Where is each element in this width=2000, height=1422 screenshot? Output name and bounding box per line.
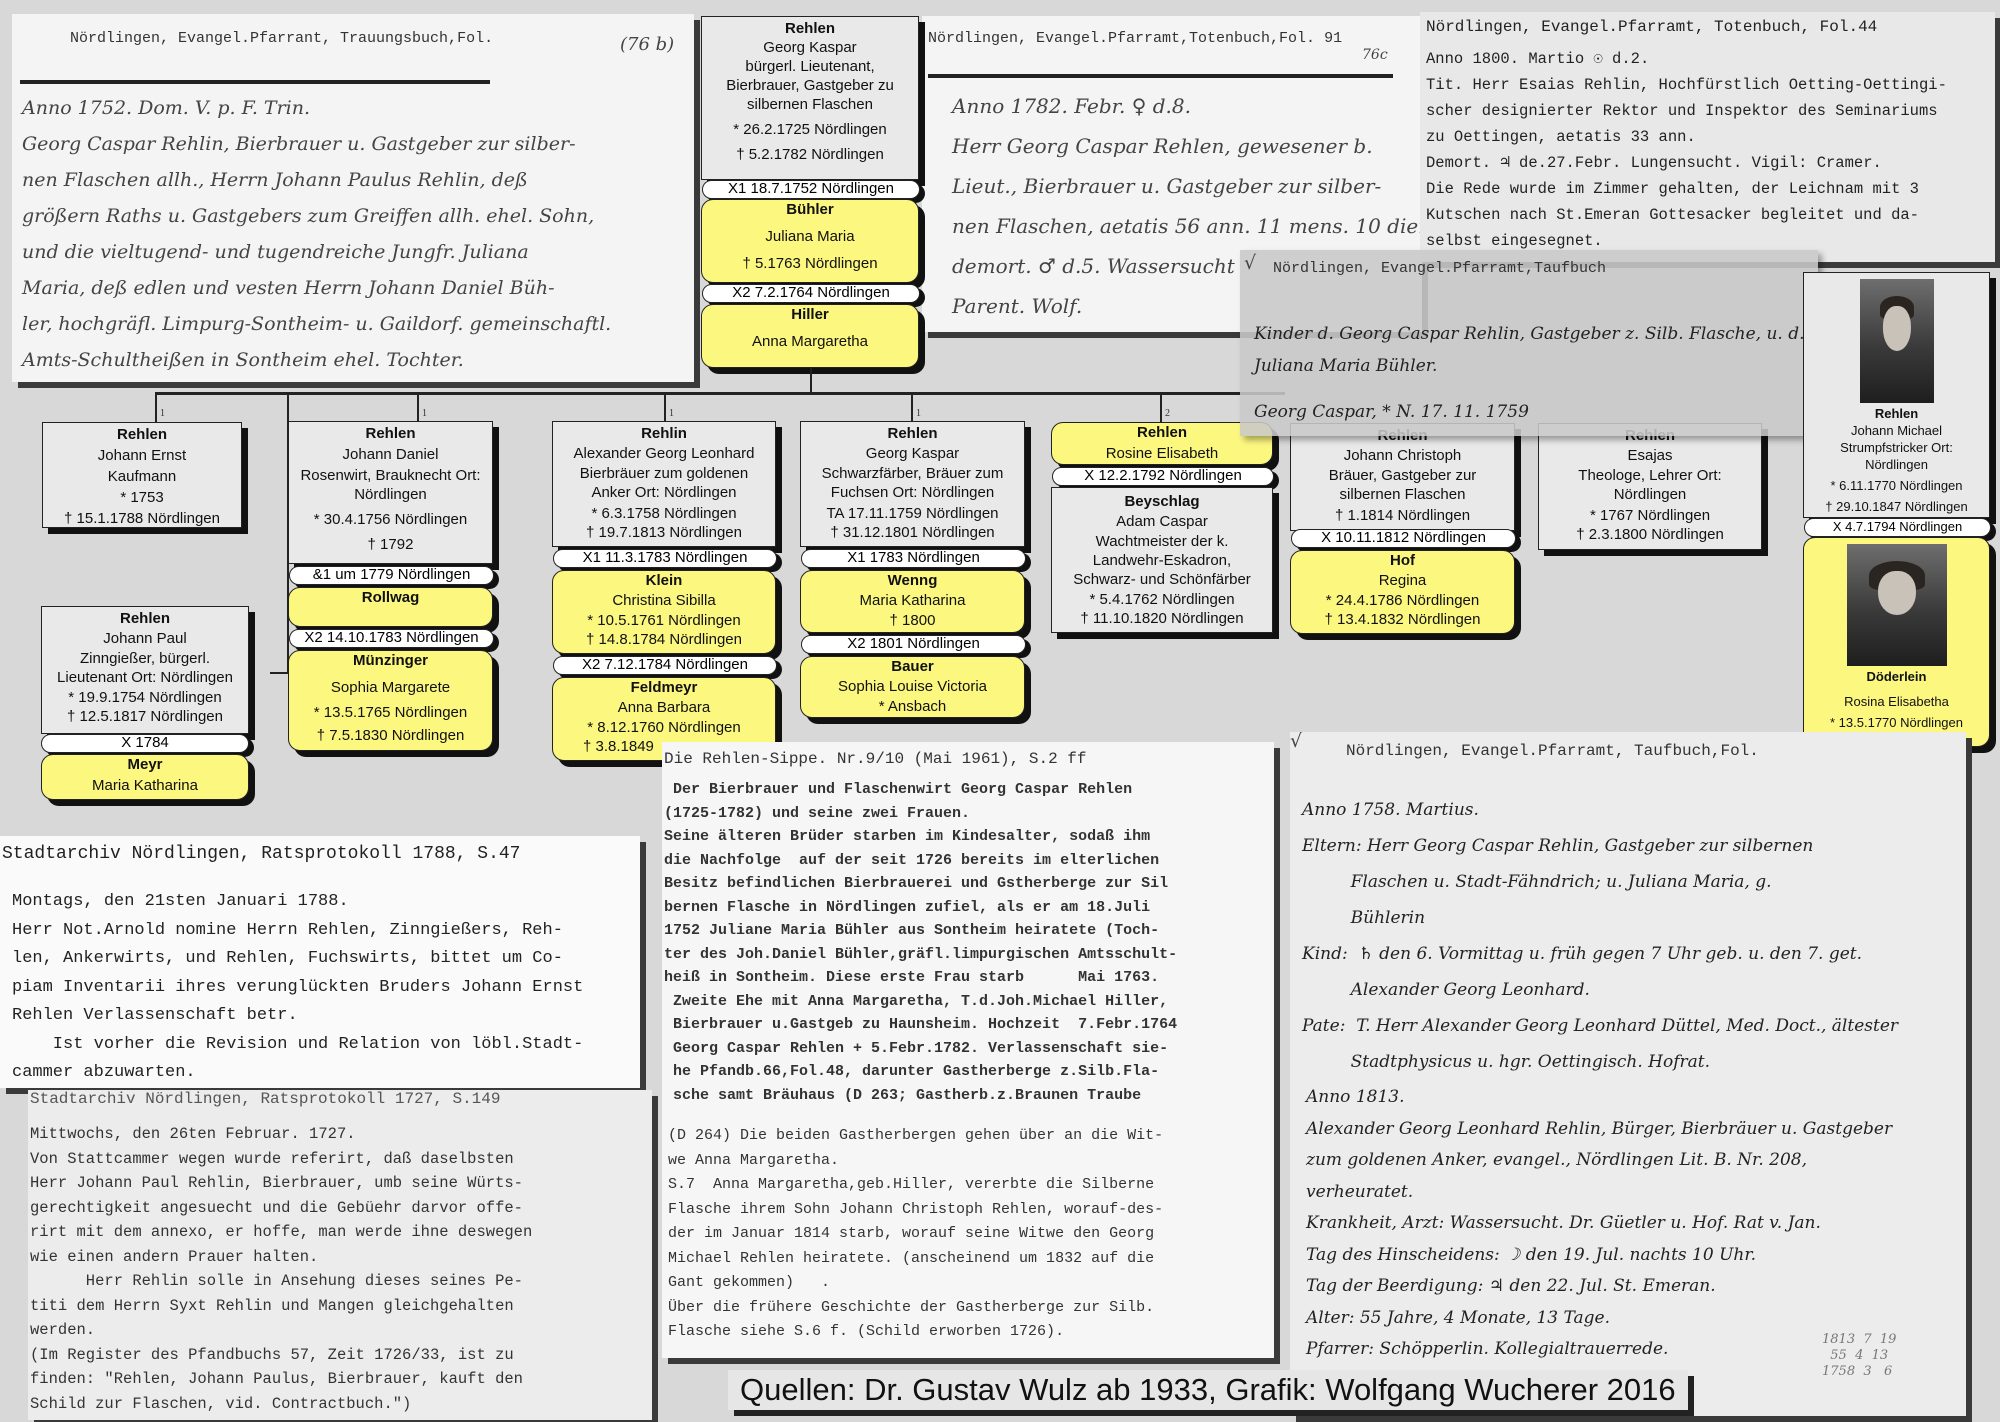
- child-marker: 1: [422, 408, 427, 419]
- text-line: Montags, den 21sten Januari 1788.: [12, 888, 583, 917]
- person-johann-daniel[interactable]: Rehlen Johann Daniel Rosenwirt, Brauknec…: [288, 421, 493, 564]
- text-line: Amts-Schultheißen in Sontheim ehel. Toch…: [22, 342, 611, 378]
- text-line: zu Oettingen, aetatis 33 ann.: [1426, 124, 1947, 150]
- text-line: Georg Caspar Rehlen + 5.Febr.1782. Verla…: [664, 1037, 1177, 1061]
- surname: Döderlein: [1804, 668, 1989, 685]
- death: † 2.3.1800 Nördlingen: [1539, 525, 1761, 544]
- source-caption: Quellen: Dr. Gustav Wulz ab 1933, Grafik…: [728, 1370, 1688, 1410]
- text-line: nen Flaschen allh., Herrn Johann Paulus …: [22, 162, 611, 198]
- text-line: heiß in Sontheim. Diese erste Frau starb…: [664, 966, 1177, 990]
- text-line: die Nachfolge auf der seit 1726 bereits …: [664, 849, 1177, 873]
- given-name: Maria Katharina: [42, 776, 248, 795]
- text-line: Kutschen nach St.Emeran Gottesacker begl…: [1426, 202, 1947, 228]
- given-name: Adam Caspar: [1052, 512, 1272, 531]
- death: † 14.8.1784 Nördlingen: [553, 630, 775, 649]
- occupation: Theologe, Lehrer Ort: Nördlingen: [1539, 466, 1761, 504]
- text-line: Tit. Herr Esaias Rehlin, Hochfürstlich O…: [1426, 72, 1947, 98]
- birth: * 8.12.1760 Nördlingen: [553, 718, 775, 737]
- occupation: Kaufmann: [43, 467, 241, 486]
- text-line: Flasche siehe S.6 f. (Schild erworben 17…: [668, 1320, 1163, 1345]
- text-line: Anno 1813.: [1306, 1082, 1892, 1114]
- surname: Rehlen: [1052, 423, 1272, 442]
- text-line: scher designierter Rektor und Inspektor …: [1426, 98, 1947, 124]
- typed-entry: Der Bierbrauer und Flaschenwirt Georg Ca…: [664, 778, 1177, 1107]
- given-name: Anna Barbara: [553, 698, 775, 717]
- given-name: Regina: [1291, 571, 1514, 590]
- date-calculation: 1813 7 19 55 4 13 1758 3 6: [1822, 1332, 1896, 1380]
- text-line: und die vieltugend- und tugendreiche Jun…: [22, 234, 611, 270]
- birth: * 13.5.1765 Nördlingen: [289, 703, 492, 722]
- handwritten-entry: Anno 1813.Alexander Georg Leonhard Rehli…: [1306, 1082, 1892, 1366]
- birth: * 1767 Nördlingen: [1539, 506, 1761, 525]
- text-line: nen Flaschen, aetatis 56 ann. 11 mens. 1…: [952, 206, 1422, 246]
- birth: * 24.4.1786 Nördlingen: [1291, 591, 1514, 610]
- child-marker: 1: [916, 408, 921, 419]
- text-line: Anno 1782. Febr. ♀ d.8.: [952, 86, 1422, 126]
- surname: Feldmeyr: [553, 678, 775, 697]
- birth: * 5.4.1762 Nördlingen: [1052, 590, 1272, 609]
- marriage-label: X 1784: [41, 734, 249, 753]
- surname: Bühler: [702, 200, 918, 219]
- text-line: Besitz befindlichen Bierbrauerei und Gst…: [664, 872, 1177, 896]
- text-line: Demort. ♃ de.27.Febr. Lungensucht. Vigil…: [1426, 150, 1947, 176]
- check-mark: √: [1290, 732, 1302, 760]
- text-line: cammer abzuwarten.: [12, 1059, 583, 1088]
- child-marker: 1: [160, 408, 165, 419]
- surname: Klein: [553, 571, 775, 590]
- given-name: Georg Kaspar: [702, 38, 918, 57]
- death: † 13.4.1832 Nördlingen: [1291, 610, 1514, 629]
- birth: * 26.2.1725 Nördlingen: [702, 120, 918, 139]
- person-georg-kaspar-jr[interactable]: Rehlen Georg Kaspar Schwarzfärber, Bräue…: [800, 421, 1025, 547]
- given-name: Maria Katharina: [801, 591, 1024, 610]
- text-line: Herr Johann Paul Rehlin, Bierbrauer, umb…: [30, 1171, 532, 1196]
- taufbuch-overlay-card: √ Nördlingen, Evangel.Pfarramt,Taufbuch …: [1240, 250, 1818, 436]
- text-line: Lieut., Bierbrauer u. Gastgeber zur silb…: [952, 166, 1422, 206]
- spouse-box[interactable]: Meyr Maria Katharina: [41, 754, 249, 800]
- text-line: Herr Not.Arnold nomine Herrn Rehlen, Zin…: [12, 917, 583, 946]
- given-name: Johann Paul: [42, 629, 248, 648]
- given-name: Rosine Elisabeth: [1052, 444, 1272, 463]
- spouse-box[interactable]: Münzinger Sophia Margarete * 13.5.1765 N…: [288, 650, 493, 751]
- tree-connector: [155, 392, 1285, 395]
- text-line: we Anna Margaretha.: [668, 1149, 1163, 1174]
- text-line: gerechtigkeit angesuecht und die Gebüehr…: [30, 1196, 532, 1221]
- death: † 12.5.1817 Nördlingen: [42, 707, 248, 726]
- given-name: Esajas: [1539, 446, 1761, 465]
- given-name: Johann Michael: [1804, 422, 1989, 439]
- text-line: sche samt Bräuhaus (D 263; Gastherb.z.Br…: [664, 1084, 1177, 1108]
- card-header: Nördlingen, Evangel.Pfarramt,Taufbuch: [1273, 260, 1606, 277]
- text-line: Alexander Georg Leonhard Rehlin, Bürger,…: [1306, 1114, 1892, 1146]
- text-line: Mittwochs, den 26ten Februar. 1727.: [30, 1122, 532, 1147]
- text-line: der im Januar 1814 starb, worauf seine W…: [668, 1222, 1163, 1247]
- page-note: (76 b): [620, 26, 674, 64]
- text-line: titi dem Herrn Syxt Rehlin und Mangen gl…: [30, 1294, 532, 1319]
- given-name: Johann Christoph: [1291, 446, 1514, 465]
- occupation: Rosenwirt, Brauknecht Ort: Nördlingen: [289, 466, 492, 504]
- text-line: (D 264) Die beiden Gastherbergen gehen ü…: [668, 1124, 1163, 1149]
- spouse-box[interactable]: Hiller Anna Margaretha: [701, 304, 919, 368]
- text-line: 1752 Juliane Maria Bühler aus Sontheim h…: [664, 919, 1177, 943]
- text-line: ler, hochgräfl. Limpurg-Sontheim- u. Gai…: [22, 306, 611, 342]
- text-line: Alexander Georg Leonhard.: [1302, 972, 1898, 1008]
- card-header: Die Rehlen-Sippe. Nr.9/10 (Mai 1961), S.…: [664, 750, 1086, 768]
- text-line: verheuratet.: [1306, 1177, 1892, 1209]
- given-name: Rosina Elisabetha: [1804, 693, 1989, 710]
- death: † 7.5.1830 Nördlingen: [289, 726, 492, 745]
- card-header: Stadtarchiv Nördlingen, Ratsprotokoll 17…: [30, 1090, 500, 1108]
- death: † 29.10.1847 Nördlingen: [1804, 498, 1989, 515]
- marriage-label: X2 14.10.1783 Nördlingen: [289, 629, 494, 648]
- handwritten-entry: Anno 1752. Dom. V. p. F. Trin.Georg Casp…: [22, 90, 611, 382]
- given-name: Johann Ernst: [43, 446, 241, 465]
- card-header: Nördlingen, Evangel.Pfarramt, Totenbuch,…: [1426, 18, 1877, 36]
- birth: * 19.9.1754 Nördlingen: [42, 688, 248, 707]
- birth: * 10.5.1761 Nördlingen: [553, 611, 775, 630]
- text-line: piam Inventarii ihres verunglückten Brud…: [12, 974, 583, 1003]
- death: † 31.12.1801 Nördlingen: [801, 523, 1024, 542]
- surname: Rehlin: [553, 424, 775, 443]
- birth: TA 17.11.1759 Nördlingen: [801, 504, 1024, 523]
- text-line: Michael Rehlen heiratete. (anscheinend u…: [668, 1247, 1163, 1272]
- text-line: he Pfandb.66,Fol.48, darunter Gastherber…: [664, 1060, 1177, 1084]
- spouse-box[interactable]: Klein Christina Sibilla * 10.5.1761 Nörd…: [552, 570, 776, 654]
- text-line: Rehlen Verlassenschaft betr.: [12, 1002, 583, 1031]
- death: † 5.2.1782 Nördlingen: [702, 145, 918, 164]
- text-line: Krankheit, Arzt: Wassersucht. Dr. Güetle…: [1306, 1208, 1892, 1240]
- given-name: Johann Daniel: [289, 445, 492, 464]
- person-alexander-georg-leonhard[interactable]: Rehlin Alexander Georg Leonhard Bierbräu…: [552, 421, 776, 547]
- taufbuch-fol-card: √ Nördlingen, Evangel.Pfarramt, Taufbuch…: [1290, 732, 1966, 1416]
- text-line: len, Ankerwirts, und Rehlen, Fuchswirts,…: [12, 945, 583, 974]
- text-line: Kind: ♄ den 6. Vormittag u. früh gegen 7…: [1302, 936, 1898, 972]
- surname: Hiller: [702, 305, 918, 324]
- check-mark: √: [1244, 250, 1256, 282]
- portrait-photo: [1860, 279, 1934, 403]
- rehlen-sippe-card: Die Rehlen-Sippe. Nr.9/10 (Mai 1961), S.…: [662, 742, 1274, 1358]
- text-line: Georg Caspar Rehlin, Bierbrauer u. Gastg…: [22, 126, 611, 162]
- surname: Rehlen: [1804, 405, 1989, 422]
- tree-connector: [1160, 392, 1162, 422]
- text-line: Der Bierbrauer und Flaschenwirt Georg Ca…: [664, 778, 1177, 802]
- text-line: S.7 Anna Margaretha,geb.Hiller, vererbte…: [668, 1173, 1163, 1198]
- marriage-label: X 4.7.1794 Nördlingen: [1804, 518, 1991, 537]
- typed-entry: Anno 1800. Martio ☉ d.2.Tit. Herr Esaias…: [1426, 46, 1947, 254]
- text-line: größern Raths u. Gastgebers zum Greiffen…: [22, 198, 611, 234]
- given-name: Alexander Georg Leonhard: [553, 444, 775, 463]
- marriage-label: X2 1801 Nördlingen: [801, 635, 1026, 654]
- text-line: Anno 1758. Martius.: [1302, 792, 1898, 828]
- ratsprotokoll-1788-card: Stadtarchiv Nördlingen, Ratsprotokoll 17…: [0, 836, 640, 1088]
- text-line: Pate: T. Herr Alexander Georg Leonhard D…: [1302, 1008, 1898, 1044]
- surname: Rehlen: [289, 424, 492, 443]
- person-johann-ernst[interactable]: Rehlen Johann Ernst Kaufmann * 1753 † 15…: [42, 422, 242, 528]
- given-name: Sophia Louise Victoria: [801, 677, 1024, 696]
- text-line: Die Rede wurde im Zimmer gehalten, der L…: [1426, 176, 1947, 202]
- text-line: Zweite Ehe mit Anna Margaretha, T.d.Joh.…: [664, 990, 1177, 1014]
- text-line: Tag der Beerdigung: ♃ den 22. Jul. St. E…: [1306, 1271, 1892, 1303]
- occupation: Bräuer, Gastgeber zur silbernen Flaschen: [1291, 466, 1514, 504]
- surname: Rehlen: [702, 19, 918, 38]
- text-line: Stadtphysicus u. hgr. Oettingisch. Hofra…: [1302, 1044, 1898, 1080]
- spouse-box[interactable]: Hof Regina * 24.4.1786 Nördlingen † 13.4…: [1290, 550, 1515, 634]
- occupation: Zinngießer, bürgerl. Lieutenant Ort: Nör…: [42, 649, 248, 687]
- surname: Rehlen: [43, 425, 241, 444]
- person-johann-christoph[interactable]: Rehlen Johann Christoph Bräuer, Gastgebe…: [1290, 423, 1515, 531]
- person-esajas[interactable]: Rehlen Esajas Theologe, Lehrer Ort: Nörd…: [1538, 423, 1762, 550]
- given-name: Christina Sibilla: [553, 591, 775, 610]
- spouse-box[interactable]: Bauer Sophia Louise Victoria * Ansbach: [800, 656, 1025, 718]
- text-line: Bierbrauer u.Gastgeb zu Haunsheim. Hochz…: [664, 1013, 1177, 1037]
- text-line: (Im Register des Pfandbuchs 57, Zeit 172…: [30, 1343, 532, 1368]
- text-line: Pfarrer: Schöpperlin. Kollegialtrauerred…: [1306, 1334, 1892, 1366]
- given-name: Juliana Maria: [702, 227, 918, 246]
- text-line: wie einen andern Prauer halten.: [30, 1245, 532, 1270]
- handwritten-entry: Kinder d. Georg Caspar Rehlin, Gastgeber…: [1254, 318, 1805, 428]
- tree-connector: [155, 392, 157, 422]
- occupation: Bierbräuer zum goldenen Anker Ort: Nördl…: [553, 464, 775, 502]
- trauungsbuch-card: Nördlingen, Evangel.Pfarrant, Trauungsbu…: [12, 14, 694, 382]
- totenbuch-44-card: Nördlingen, Evangel.Pfarramt, Totenbuch,…: [1420, 12, 1995, 262]
- text-line: Anno 1800. Martio ☉ d.2.: [1426, 46, 1947, 72]
- given-name: Sophia Margarete: [289, 678, 492, 697]
- card-header: Stadtarchiv Nördlingen, Ratsprotokoll 17…: [2, 844, 520, 864]
- person-root[interactable]: Rehlen Georg Kaspar bürgerl. Lieutenant,…: [701, 16, 919, 180]
- surname: Rehlen: [801, 424, 1024, 443]
- card-header: Nördlingen, Evangel.Pfarramt, Taufbuch,F…: [1346, 742, 1759, 760]
- text-line: Bühlerin: [1302, 900, 1898, 936]
- death: † 15.1.1788 Nördlingen: [43, 509, 241, 528]
- text-line: bernen Flasche in Nördlingen zufiel, als…: [664, 896, 1177, 920]
- text-line: Gant gekommen) .: [668, 1271, 1163, 1296]
- tree-connector: [911, 392, 913, 422]
- card-header: Nördlingen, Evangel.Pfarrant, Trauungsbu…: [70, 30, 493, 47]
- text-line: Herr Rehlin solle in Ansehung dieses sei…: [30, 1269, 532, 1294]
- text-line: finden: "Rehlen, Johann Paulus, Bierbrau…: [30, 1367, 532, 1392]
- death: † 1.1814 Nördlingen: [1291, 506, 1514, 525]
- birth: * 30.4.1756 Nördlingen: [289, 510, 492, 529]
- tree-connector: [664, 392, 666, 422]
- page-note: 76c: [1362, 36, 1388, 74]
- surname: Meyr: [42, 755, 248, 774]
- portrait-photo: [1847, 544, 1947, 666]
- marriage-label: X1 18.7.1752 Nördlingen: [702, 180, 920, 199]
- given-name: Georg Kaspar: [801, 444, 1024, 463]
- death: † 5.1763 Nördlingen: [702, 254, 918, 273]
- marriage-label: X2 7.2.1764 Nördlingen: [702, 284, 920, 303]
- given-name: Anna Margaretha: [702, 332, 918, 351]
- birth: * Ansbach: [801, 697, 1024, 716]
- birth: * 1753: [43, 488, 241, 507]
- tree-connector: [270, 672, 289, 674]
- text-line: Seine älteren Brüder starben im Kindesal…: [664, 825, 1177, 849]
- text-line: Alter: 55 Jahre, 4 Monate, 13 Tage.: [1306, 1303, 1892, 1335]
- divider: [20, 80, 490, 84]
- marriage-label: X 10.11.1812 Nördlingen: [1291, 529, 1516, 548]
- text-line: Tag des Hinscheidens: ☽ den 19. Jul. nac…: [1306, 1240, 1892, 1272]
- text-line: Schild zur Flaschen, vid. Contractbuch."…: [30, 1392, 532, 1417]
- text-line: Herr Georg Caspar Rehlen, gewesener b.: [952, 126, 1422, 166]
- text-line: Ist vorher die Revision und Relation von…: [12, 1031, 583, 1060]
- occupation: Strumpfstricker Ort: Nördlingen: [1804, 439, 1989, 473]
- text-line: Eltern: Herr Georg Caspar Rehlin, Gastge…: [1302, 828, 1898, 864]
- text-line: Flaschen u. Stadt-Fähndrich; u. Juliana …: [1302, 864, 1898, 900]
- card-header: Nördlingen, Evangel.Pfarramt,Totenbuch,F…: [928, 30, 1342, 47]
- text-line: Anno 1752. Dom. V. p. F. Trin.: [22, 90, 611, 126]
- typed-entry: Montags, den 21sten Januari 1788.Herr No…: [12, 888, 583, 1088]
- surname: Münzinger: [289, 651, 492, 670]
- spouse-box[interactable]: Wenng Maria Katharina † 1800: [800, 570, 1025, 633]
- text-line: (1725-1782) und seine zwei Frauen.: [664, 802, 1177, 826]
- occupation: bürgerl. Lieutenant, Bierbrauer, Gastgeb…: [702, 57, 918, 114]
- surname: Bauer: [801, 657, 1024, 676]
- text-line: zum goldenen Anker, evangel., Nördlingen…: [1306, 1145, 1892, 1177]
- marriage-label: X1 1783 Nördlingen: [801, 549, 1026, 568]
- typed-entry: (D 264) Die beiden Gastherbergen gehen ü…: [668, 1124, 1163, 1345]
- text-line: rirt mit dem annexo, er hoffe, man werde…: [30, 1220, 532, 1245]
- tree-connector: [810, 368, 812, 394]
- child-marker: 1: [669, 408, 674, 419]
- text-line: Flasche ihrem Sohn Johann Christoph Rehl…: [668, 1198, 1163, 1223]
- occupation: Schwarzfärber, Bräuer zum Fuchsen Ort: N…: [801, 464, 1024, 502]
- marriage-label: X1 11.3.1783 Nördlingen: [553, 549, 777, 568]
- spouse-box[interactable]: Bühler Juliana Maria † 5.1763 Nördlingen: [701, 199, 919, 283]
- surname: Rehlen: [42, 609, 248, 628]
- child-marker: 2: [1165, 408, 1170, 419]
- text-line: werden.: [30, 1318, 532, 1343]
- spouse-box[interactable]: Rollwag: [288, 587, 493, 627]
- death: † 11.10.1820 Nördlingen: [1052, 609, 1272, 628]
- surname: Rollwag: [289, 588, 492, 607]
- divider: [928, 74, 1393, 78]
- surname: Beyschlag: [1052, 492, 1272, 511]
- birth: * 6.11.1770 Nördlingen: [1804, 477, 1989, 494]
- death: † 1792: [289, 535, 492, 554]
- spouse-box[interactable]: Beyschlag Adam Caspar Wachtmeister der k…: [1051, 487, 1273, 633]
- ratsprotokoll-1727-card: Stadtarchiv Nördlingen, Ratsprotokoll 17…: [28, 1090, 652, 1420]
- typed-entry: Mittwochs, den 26ten Februar. 1727.Von S…: [30, 1122, 532, 1416]
- text-line: Über die frühere Geschichte der Gastherb…: [668, 1296, 1163, 1321]
- person-johann-paul[interactable]: Rehlen Johann Paul Zinngießer, bürgerl. …: [41, 606, 249, 734]
- text-line: Copulirt den 18. Jul.: [22, 378, 611, 382]
- text-line: ter des Joh.Daniel Bühler,gräfl.limpurgi…: [664, 943, 1177, 967]
- marriage-label: X 12.2.1792 Nördlingen: [1052, 467, 1274, 486]
- death: † 1800: [801, 611, 1024, 630]
- surname: Hof: [1291, 551, 1514, 570]
- surname: Wenng: [801, 571, 1024, 590]
- text-line: Von Stattcammer wegen wurde referirt, da…: [30, 1147, 532, 1172]
- occupation: Wachtmeister der k. Landwehr-Eskadron, S…: [1052, 532, 1272, 589]
- handwritten-entry: Anno 1758. Martius.Eltern: Herr Georg Ca…: [1302, 792, 1898, 1080]
- birth: * 13.5.1770 Nördlingen: [1804, 714, 1989, 731]
- text-line: Maria, deß edlen und vesten Herrn Johann…: [22, 270, 611, 306]
- person-johann-michael[interactable]: Rehlen Johann Michael Strumpfstricker Or…: [1803, 272, 1990, 518]
- spouse-box[interactable]: Döderlein Rosina Elisabetha * 13.5.1770 …: [1803, 537, 1990, 747]
- tree-connector: [417, 392, 419, 422]
- birth: * 6.3.1758 Nördlingen: [553, 504, 775, 523]
- death: † 19.7.1813 Nördlingen: [553, 523, 775, 542]
- marriage-label: X2 7.12.1784 Nördlingen: [553, 656, 777, 675]
- marriage-label: &1 um 1779 Nördlingen: [289, 566, 494, 585]
